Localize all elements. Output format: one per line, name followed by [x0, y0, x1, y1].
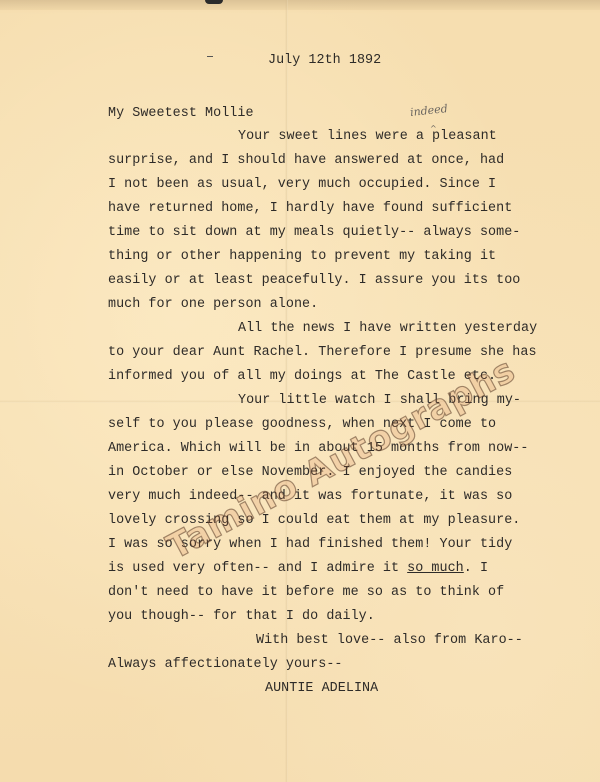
- body-line: surprise, and I should have answered at …: [108, 153, 504, 169]
- body-line: Your sweet lines were a pleasant: [238, 129, 497, 145]
- closing-line: With best love-- also from Karo--: [256, 633, 523, 649]
- letter-page: July 12th 1892 My Sweetest Mollie indeed…: [0, 0, 600, 782]
- body-line: much for one person alone.: [108, 297, 318, 313]
- signature: AUNTIE ADELINA: [265, 681, 378, 697]
- body-line: to your dear Aunt Rachel. Therefore I pr…: [108, 345, 537, 361]
- paper-top-edge: [0, 0, 600, 10]
- body-line: you though-- for that I do daily.: [108, 609, 375, 625]
- body-line: time to sit down at my meals quietly-- a…: [108, 225, 520, 241]
- clip-mark: [205, 0, 223, 4]
- body-line: informed you of all my doings at The Cas…: [108, 369, 496, 385]
- salutation: My Sweetest Mollie: [108, 106, 254, 122]
- body-line: thing or other happening to prevent my t…: [108, 249, 496, 265]
- body-line: don't need to have it before me so as to…: [108, 585, 504, 601]
- letter-date: July 12th 1892: [268, 53, 381, 69]
- body-line: I not been as usual, very much occupied.…: [108, 177, 496, 193]
- closing-line: Always affectionately yours--: [108, 657, 343, 673]
- body-line-text: is used very often-- and I admire it: [108, 561, 407, 576]
- stray-dash-mark: [207, 56, 213, 57]
- body-line-tail: . I: [464, 561, 488, 576]
- body-line: easily or at least peacefully. I assure …: [108, 273, 520, 289]
- body-line: All the news I have written yesterday: [238, 321, 537, 337]
- underlined-phrase: so much: [407, 561, 464, 576]
- body-line: have returned home, I hardly have found …: [108, 201, 512, 217]
- body-line: is used very often-- and I admire it so …: [108, 561, 488, 577]
- handwritten-insertion: indeed: [409, 102, 448, 119]
